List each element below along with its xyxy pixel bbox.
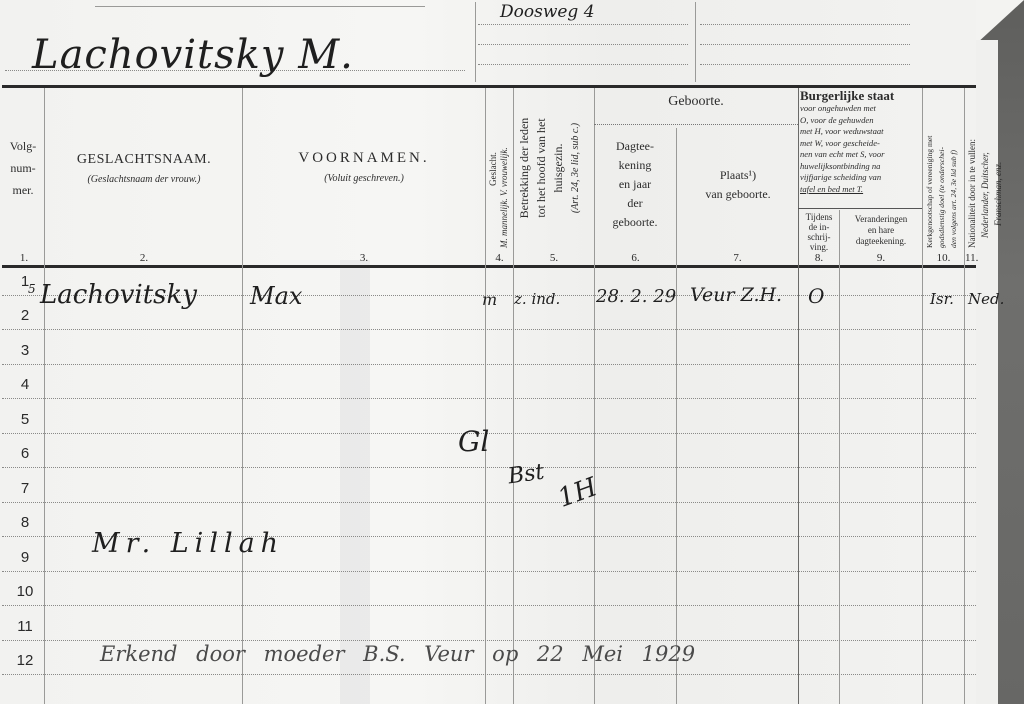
col-number: 5. — [514, 252, 594, 264]
bs-line: voor ongehuwden met — [800, 103, 922, 115]
col4-header-line: Geslacht. — [488, 90, 499, 248]
bs-line: met H, voor weduwstaat — [800, 126, 922, 138]
col-number: 2. — [46, 252, 242, 264]
row-number: 8 — [10, 514, 40, 531]
entry-birth-date: 28. 2. 29 — [596, 286, 676, 307]
col1-header-line: mer. — [3, 179, 43, 201]
col3-header: VOORNAMEN. (Voluit geschreven.) — [244, 150, 484, 184]
row-number: 6 — [10, 445, 40, 462]
col2-subtitle: (Geslachtsnaam der vrouw.) — [46, 174, 242, 185]
row8-note: Mr. Lillah — [92, 528, 284, 559]
col6-header-line: Dagtee- — [596, 137, 674, 156]
entry-sex: m — [482, 290, 497, 309]
bs-line: O, voor de gehuwden — [800, 115, 922, 127]
col1-header: Volg- num- mer. — [3, 135, 43, 201]
burgerlijke-staat-rule — [798, 208, 922, 209]
col7-header: Plaats¹) van geboorte. — [678, 166, 798, 204]
col11-header-line: Nederlander, Duitscher, — [979, 88, 992, 248]
col-number: 11. — [965, 252, 976, 264]
col6-header-line: kening — [596, 156, 674, 175]
row-separator — [2, 364, 976, 365]
burgerlijke-staat-title: Burgerlijke staat — [800, 88, 922, 103]
stamp-mark: Bst — [506, 460, 545, 490]
entry-birth-place: Veur Z.H. — [690, 284, 782, 306]
card-folded-corner — [976, 0, 1024, 44]
col8-header-line: Tijdens — [799, 212, 839, 222]
col11-header-line: Nationaliteit door in te vullen: — [966, 88, 979, 248]
col-number: 10. — [923, 252, 964, 264]
col-number: 8. — [799, 252, 839, 264]
row-number: 2 — [10, 307, 40, 324]
col9-header-line: en hare — [840, 225, 922, 236]
col5-header-line: tot het hoofd van het — [533, 88, 550, 248]
col8-header-line: ving. — [799, 242, 839, 252]
col1-header-line: num- — [3, 157, 43, 179]
col8-header-line: de in- — [799, 222, 839, 232]
col-divider — [964, 88, 965, 704]
col-number: 6. — [595, 252, 676, 264]
col6-header-line: en jaar — [596, 175, 674, 194]
bs-line: tafel en bed met T. — [800, 184, 922, 196]
row-separator — [2, 640, 976, 641]
bs-line: huwelijksontbinding na — [800, 161, 922, 173]
top-rule — [95, 6, 425, 7]
entry-given-names: Max — [250, 282, 302, 310]
header-bottom-rule — [2, 265, 976, 268]
col-number: 9. — [840, 252, 922, 264]
top-divider-1 — [475, 2, 476, 82]
col-divider — [839, 210, 840, 704]
geboorte-group-rule — [594, 124, 798, 125]
col6-header-line: der — [596, 194, 674, 213]
bs-line: nen van echt met S, voor — [800, 149, 922, 161]
col2-title: GESLACHTSNAAM. — [46, 152, 242, 168]
burgerlijke-staat-header: Burgerlijke staat voor ongehuwden met O,… — [800, 88, 922, 195]
top-dotted-4 — [700, 44, 910, 45]
col4-header: Geslacht. M. mannelijk. V. vrouwelijk. — [488, 90, 510, 248]
row-number: 11 — [10, 618, 40, 635]
bs-line: met W, voor gescheide- — [800, 138, 922, 150]
col-divider — [44, 88, 45, 704]
col-number: 7. — [677, 252, 798, 264]
col5-header-line: (Art. 24, 3e lid, sub c.) — [567, 88, 584, 248]
row-separator — [2, 329, 976, 330]
top-dotted-3 — [478, 44, 688, 45]
entry-relation: z. ind. — [514, 290, 560, 308]
row-number: 7 — [10, 480, 40, 497]
row-number: 9 — [10, 549, 40, 566]
col10-header-line: den volgens art. 24, 3e lid sub f) — [948, 88, 960, 248]
col-divider — [513, 88, 514, 704]
entry-religion: Isr. — [930, 290, 954, 308]
col2-header: GESLACHTSNAAM. (Geslachtsnaam der vrouw.… — [46, 152, 242, 185]
entry-nationality: Ned. — [968, 290, 1004, 308]
row-separator — [2, 502, 976, 503]
col11-header-line: Franschman, enz. — [992, 88, 1005, 248]
col6-header-line: geboorte. — [596, 213, 674, 232]
col-divider — [798, 88, 799, 704]
col-number: 4. — [486, 252, 513, 264]
col-divider — [594, 88, 595, 704]
col8-header-line: schrij- — [799, 232, 839, 242]
col7-header-line: Plaats¹) — [678, 166, 798, 185]
col10-header-line: Kerkgenootschap of vereeniging met — [924, 88, 936, 248]
row-number: 3 — [10, 342, 40, 359]
col4-header-line: M. mannelijk. V. vrouwelijk. — [499, 90, 510, 248]
col-divider — [922, 88, 923, 704]
row-number: 12 — [10, 652, 40, 669]
col5-header-line: Betrekking der leden — [516, 88, 533, 248]
row-separator — [2, 467, 976, 468]
row-number: 10 — [10, 583, 40, 600]
col6-header: Dagtee- kening en jaar der geboorte. — [596, 137, 674, 232]
row-separator — [2, 674, 976, 675]
row-number: 5 — [10, 411, 40, 428]
col9-header: Veranderingen en hare dagteekening. — [840, 214, 922, 247]
row-separator — [2, 605, 976, 606]
row-separator — [2, 571, 976, 572]
col8-header: Tijdens de in- schrij- ving. — [799, 212, 839, 252]
top-dotted-6 — [700, 64, 910, 65]
col-number: 1. — [4, 252, 44, 264]
col-number: 3. — [244, 252, 484, 264]
col7-header-line: van geboorte. — [678, 185, 798, 204]
top-divider-2 — [695, 2, 696, 82]
bs-line: vijfjarige scheiding van — [800, 172, 922, 184]
row-separator — [2, 398, 976, 399]
col9-header-line: Veranderingen — [840, 214, 922, 225]
entry-surname: Lachovitsky — [40, 280, 197, 310]
top-dotted-5 — [478, 64, 688, 65]
top-dotted-1 — [478, 24, 688, 25]
burgerlijke-staat-lines: voor ongehuwden met O, voor de gehuwden … — [800, 103, 922, 195]
initials-mark: Gl — [458, 425, 489, 458]
geboorte-group-header: Geboorte. — [594, 94, 798, 110]
col-divider — [485, 88, 486, 704]
family-name-handwritten: Lachovitsky M. — [32, 32, 354, 78]
col5-header-line: huisgezin. — [550, 88, 567, 248]
row-number: 4 — [10, 376, 40, 393]
col5-header: Betrekking der leden tot het hoofd van h… — [516, 88, 584, 248]
col9-header-line: dagteekening. — [840, 236, 922, 247]
col-divider — [242, 88, 243, 704]
col1-header-line: Volg- — [3, 135, 43, 157]
col10-header: Kerkgenootschap of vereeniging met godsd… — [924, 88, 960, 248]
col3-title: VOORNAMEN. — [244, 150, 484, 167]
col-divider — [676, 128, 677, 704]
paper-shade — [340, 260, 370, 704]
col10-header-line: godsdienstig doel (te onderschei- — [936, 88, 948, 248]
top-dotted-2 — [700, 24, 910, 25]
row11-note: Erkend door moeder B.S. Veur op 22 Mei 1… — [100, 642, 695, 666]
row1-annotation: 5 — [28, 282, 36, 296]
col3-subtitle: (Voluit geschreven.) — [244, 173, 484, 184]
col11-header: Nationaliteit door in te vullen: Nederla… — [966, 88, 1005, 248]
entry-civil-status: O — [808, 284, 824, 308]
address-handwritten: Doosweg 4 — [500, 2, 595, 22]
